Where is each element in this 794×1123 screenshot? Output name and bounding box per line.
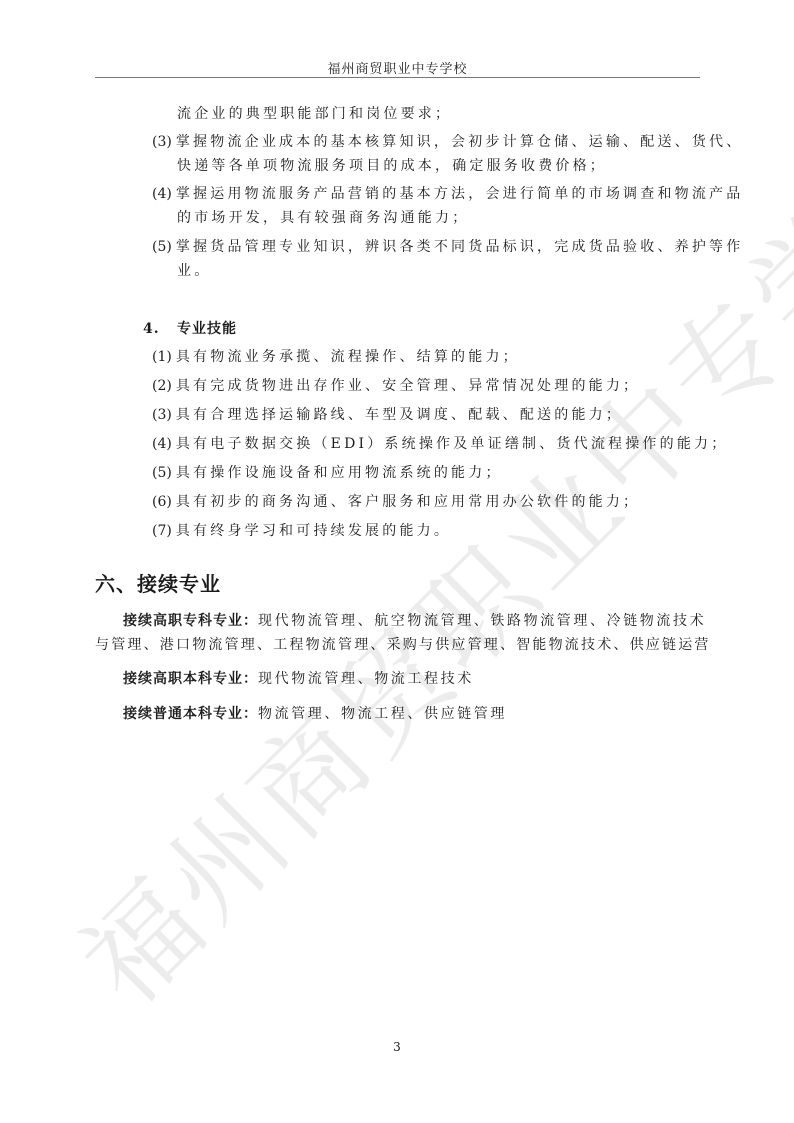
skill-item: (7)具有终身学习和可持续发展的能力。 [152,520,451,540]
entry-label: 接续普通本科专业： [123,706,258,722]
item-text: 具有操作设施设备和应用物流系统的能力； [176,465,503,481]
item-text: 具有终身学习和可持续发展的能力。 [176,523,451,539]
entry-label: 接续高职本科专业： [123,671,258,687]
item-number: (5) [152,239,172,255]
skills-heading: 4.专业技能 [143,318,237,338]
item-number: (4) [152,436,172,452]
item-number: (1) [152,349,172,365]
item-text: 具有完成货物进出存作业、安全管理、异常情况处理的能力； [176,378,640,394]
item-text: 具有物流业务承揽、流程操作、结算的能力； [176,349,520,365]
continuation-entry-vocational-bachelor: 接续高职本科专业：现代物流管理、物流工程技术 [123,668,474,688]
item-text: 掌握运用物流服务产品营销的基本方法，会进行简单的市场调查和物流产品 [176,186,744,202]
item-text: 掌握物流企业成本的基本核算知识，会初步计算仓储、运输、配送、货代、 [176,134,744,150]
continuation-entry-associate: 接续高职专科专业：现代物流管理、航空物流管理、铁路物流管理、冷链物流技术 [123,610,706,630]
entry-text: 现代物流管理、航空物流管理、铁路物流管理、冷链物流技术 [258,613,706,629]
header-divider [95,77,700,78]
section-title: 专业技能 [177,321,237,337]
knowledge-item-3-cont: 快递等各单项物流服务项目的成本，确定服务收费价格； [177,155,607,175]
entry-label: 接续高职专科专业： [123,613,258,629]
skill-item: (1)具有物流业务承揽、流程操作、结算的能力； [152,346,520,366]
entry-text: 物流管理、物流工程、供应链管理 [258,706,507,722]
item-text: 掌握货品管理专业知识，辨识各类不同货品标识，完成货品验收、养护等作 [176,239,744,255]
continued-text: 流企业的典型职能部门和岗位要求； [177,103,452,123]
knowledge-item-3: (3)掌握物流企业成本的基本核算知识，会初步计算仓储、运输、配送、货代、 [152,131,743,151]
knowledge-item-4: (4)掌握运用物流服务产品营销的基本方法，会进行简单的市场调查和物流产品 [152,183,743,203]
section-heading: 六、接续专业 [95,568,221,597]
continuation-entry-general-bachelor: 接续普通本科专业：物流管理、物流工程、供应链管理 [123,703,507,723]
continuation-entry-associate-cont: 与管理、港口物流管理、工程物流管理、采购与供应管理、智能物流技术、供应链运营 [95,634,711,654]
item-number: (7) [152,523,172,539]
knowledge-item-5-cont: 业。 [177,260,211,280]
page-header: 福州商贸职业中专学校 [95,58,700,77]
item-text: 具有电子数据交换（EDI）系统操作及单证缮制、货代流程操作的能力； [176,436,729,452]
item-number: (6) [152,494,172,510]
entry-text: 现代物流管理、物流工程技术 [258,671,474,687]
knowledge-item-4-cont: 的市场开发，具有较强商务沟通能力； [177,207,469,227]
skill-item: (3)具有合理选择运输路线、车型及调度、配载、配送的能力； [152,404,623,424]
item-number: (4) [152,186,172,202]
item-number: (5) [152,465,172,481]
item-number: (2) [152,378,172,394]
skill-item: (2)具有完成货物进出存作业、安全管理、异常情况处理的能力； [152,375,640,395]
skill-item: (5)具有操作设施设备和应用物流系统的能力； [152,462,503,482]
knowledge-item-5: (5)掌握货品管理专业知识，辨识各类不同货品标识，完成货品验收、养护等作 [152,236,743,256]
item-text: 具有初步的商务沟通、客户服务和应用常用办公软件的能力； [176,494,640,510]
item-number: (3) [152,134,172,150]
item-number: (3) [152,407,172,423]
item-text: 具有合理选择运输路线、车型及调度、配载、配送的能力； [176,407,623,423]
page-number: 3 [0,1040,794,1054]
section-number: 4. [143,321,177,337]
skill-item: (6)具有初步的商务沟通、客户服务和应用常用办公软件的能力； [152,491,640,511]
skill-item: (4)具有电子数据交换（EDI）系统操作及单证缮制、货代流程操作的能力； [152,433,728,453]
